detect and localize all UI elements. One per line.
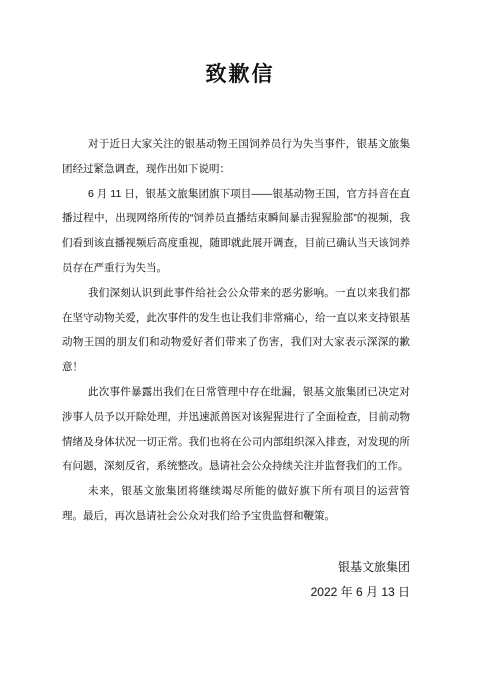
letter-body: 对于近日大家关注的银基动物王国饲养员行为失当事件，银基文旅集团经过紧急调查，现作… [62, 132, 410, 529]
signature-date: 2022 年 6 月 13 日 [62, 580, 410, 605]
letter-title: 致歉信 [0, 62, 480, 88]
signature-company: 银基文旅集团 [62, 555, 410, 580]
letter-paragraph-commitment: 未来，银基文旅集团将继续竭尽所能的做好旗下所有项目的运营管理。最后，再次恳请社会… [62, 479, 410, 529]
apology-letter-page: 致歉信 对于近日大家关注的银基动物王国饲养员行为失当事件，银基文旅集团经过紧急调… [0, 0, 480, 680]
letter-paragraph-apology: 我们深刻认识到此事件给社会公众带来的恶劣影响。一直以来我们都在坚守动物关爱，此次… [62, 281, 410, 380]
letter-paragraph-intro: 对于近日大家关注的银基动物王国饲养员行为失当事件，银基文旅集团经过紧急调查，现作… [62, 132, 410, 182]
letter-paragraph-measures: 此次事件暴露出我们在日常管理中存在纰漏，银基文旅集团已决定对涉事人员予以开除处理… [62, 380, 410, 479]
signature-block: 银基文旅集团 2022 年 6 月 13 日 [62, 555, 410, 605]
letter-paragraph-incident: 6 月 11 日，银基文旅集团旗下项目——银基动物王国，官方抖音在直播过程中，出… [62, 182, 410, 281]
